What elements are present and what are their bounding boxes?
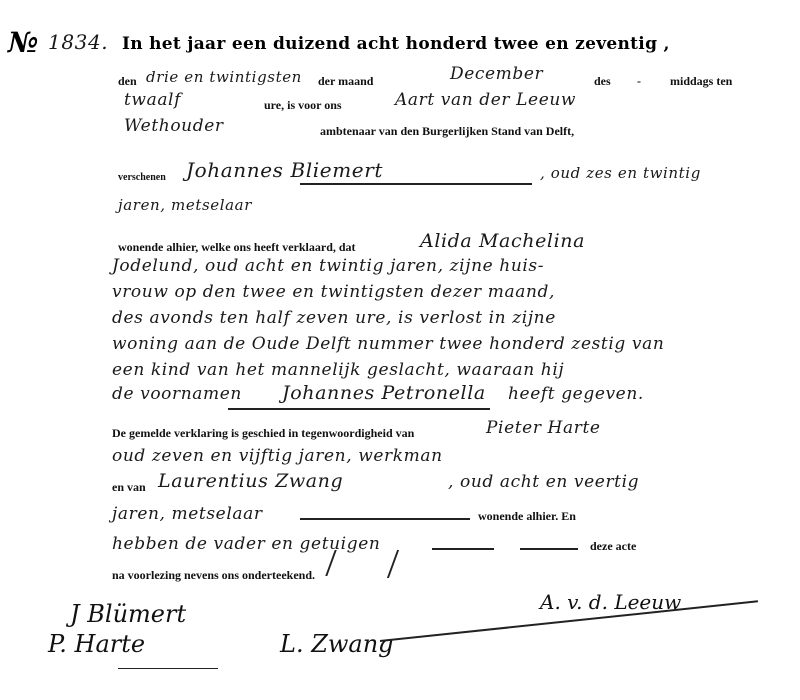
print-verklaring: De gemelde verklaring is geschied in teg…	[112, 426, 414, 441]
print-voorlezing: na voorlezing nevens ons onderteekend.	[112, 568, 315, 583]
signature-witness1: P. Harte	[48, 630, 145, 658]
hand-witness1-details: oud zeven en vijftig jaren, werkman	[112, 446, 443, 466]
print-wonende-alhier: wonende alhier, welke ons heeft verklaar…	[118, 240, 356, 255]
hand-witness2-name: Laurentius Zwang	[158, 470, 343, 492]
hand-father-occupation: jaren, metselaar	[118, 196, 252, 214]
print-middags-ten: middags ten	[670, 74, 732, 89]
print-den: den	[118, 74, 137, 89]
record-number: 1834.	[48, 30, 108, 54]
hand-father-age: , oud zes en twintig	[540, 164, 701, 182]
signature-father: J Blümert	[70, 600, 186, 628]
underline-child	[228, 408, 490, 410]
print-ambtenaar: ambtenaar van den Burgerlijken Stand van…	[320, 124, 574, 139]
underline-father	[300, 183, 532, 185]
hand-line-10: woning aan de Oude Delft nummer twee hon…	[112, 334, 664, 354]
hand-heeft-gegeven: heeft gegeven.	[508, 384, 644, 404]
print-des: des	[594, 74, 611, 89]
blank-line-3	[520, 548, 578, 550]
print-ure-voor-ons: ure, is voor ons	[264, 98, 342, 113]
print-verschenen: verschenen	[118, 172, 166, 183]
hand-month: December	[450, 64, 543, 84]
print-wonende-alhier-en: wonende alhier. En	[478, 509, 576, 524]
signature-underline-witness1	[118, 668, 218, 669]
hand-witness2-occupation: jaren, metselaar	[112, 504, 263, 524]
print-deze-acte: deze acte	[590, 539, 636, 554]
hand-official-title: Wethouder	[124, 116, 224, 136]
hand-de-voornamen: de voornamen	[112, 384, 242, 404]
hand-signatories: hebben de vader en getuigen	[112, 534, 380, 554]
record-header: In het jaar een duizend acht honderd twe…	[122, 34, 670, 54]
print-dash: -	[637, 74, 641, 89]
number-sign: №	[8, 26, 38, 59]
hand-hour: twaalf	[124, 90, 181, 110]
hand-official-name: Aart van der Leeuw	[395, 90, 576, 110]
hand-line-11: een kind van het mannelijk geslacht, waa…	[112, 360, 564, 380]
print-der-maand: der maand	[318, 74, 373, 89]
hand-line-7: Jodelund, oud acht en twintig jaren, zij…	[112, 256, 544, 276]
hand-witness2-age: , oud acht en veertig	[448, 472, 639, 492]
hand-day: drie en twintigsten	[146, 68, 302, 86]
signature-witness2: L. Zwang	[280, 630, 394, 658]
stroke-mark	[387, 550, 399, 578]
print-en-van: en van	[112, 480, 146, 495]
hand-mother-name: Alida Machelina	[420, 230, 585, 252]
hand-witness1-name: Pieter Harte	[486, 418, 601, 438]
hand-line-9: des avonds ten half zeven ure, is verlos…	[112, 308, 556, 328]
hand-line-8: vrouw op den twee en twintigsten dezer m…	[112, 282, 555, 302]
hand-child-name: Johannes Petronella	[282, 382, 486, 404]
blank-line-1	[300, 518, 470, 520]
hand-father-first: Johannes Bliemert	[186, 158, 383, 182]
blank-line-2	[432, 548, 494, 550]
